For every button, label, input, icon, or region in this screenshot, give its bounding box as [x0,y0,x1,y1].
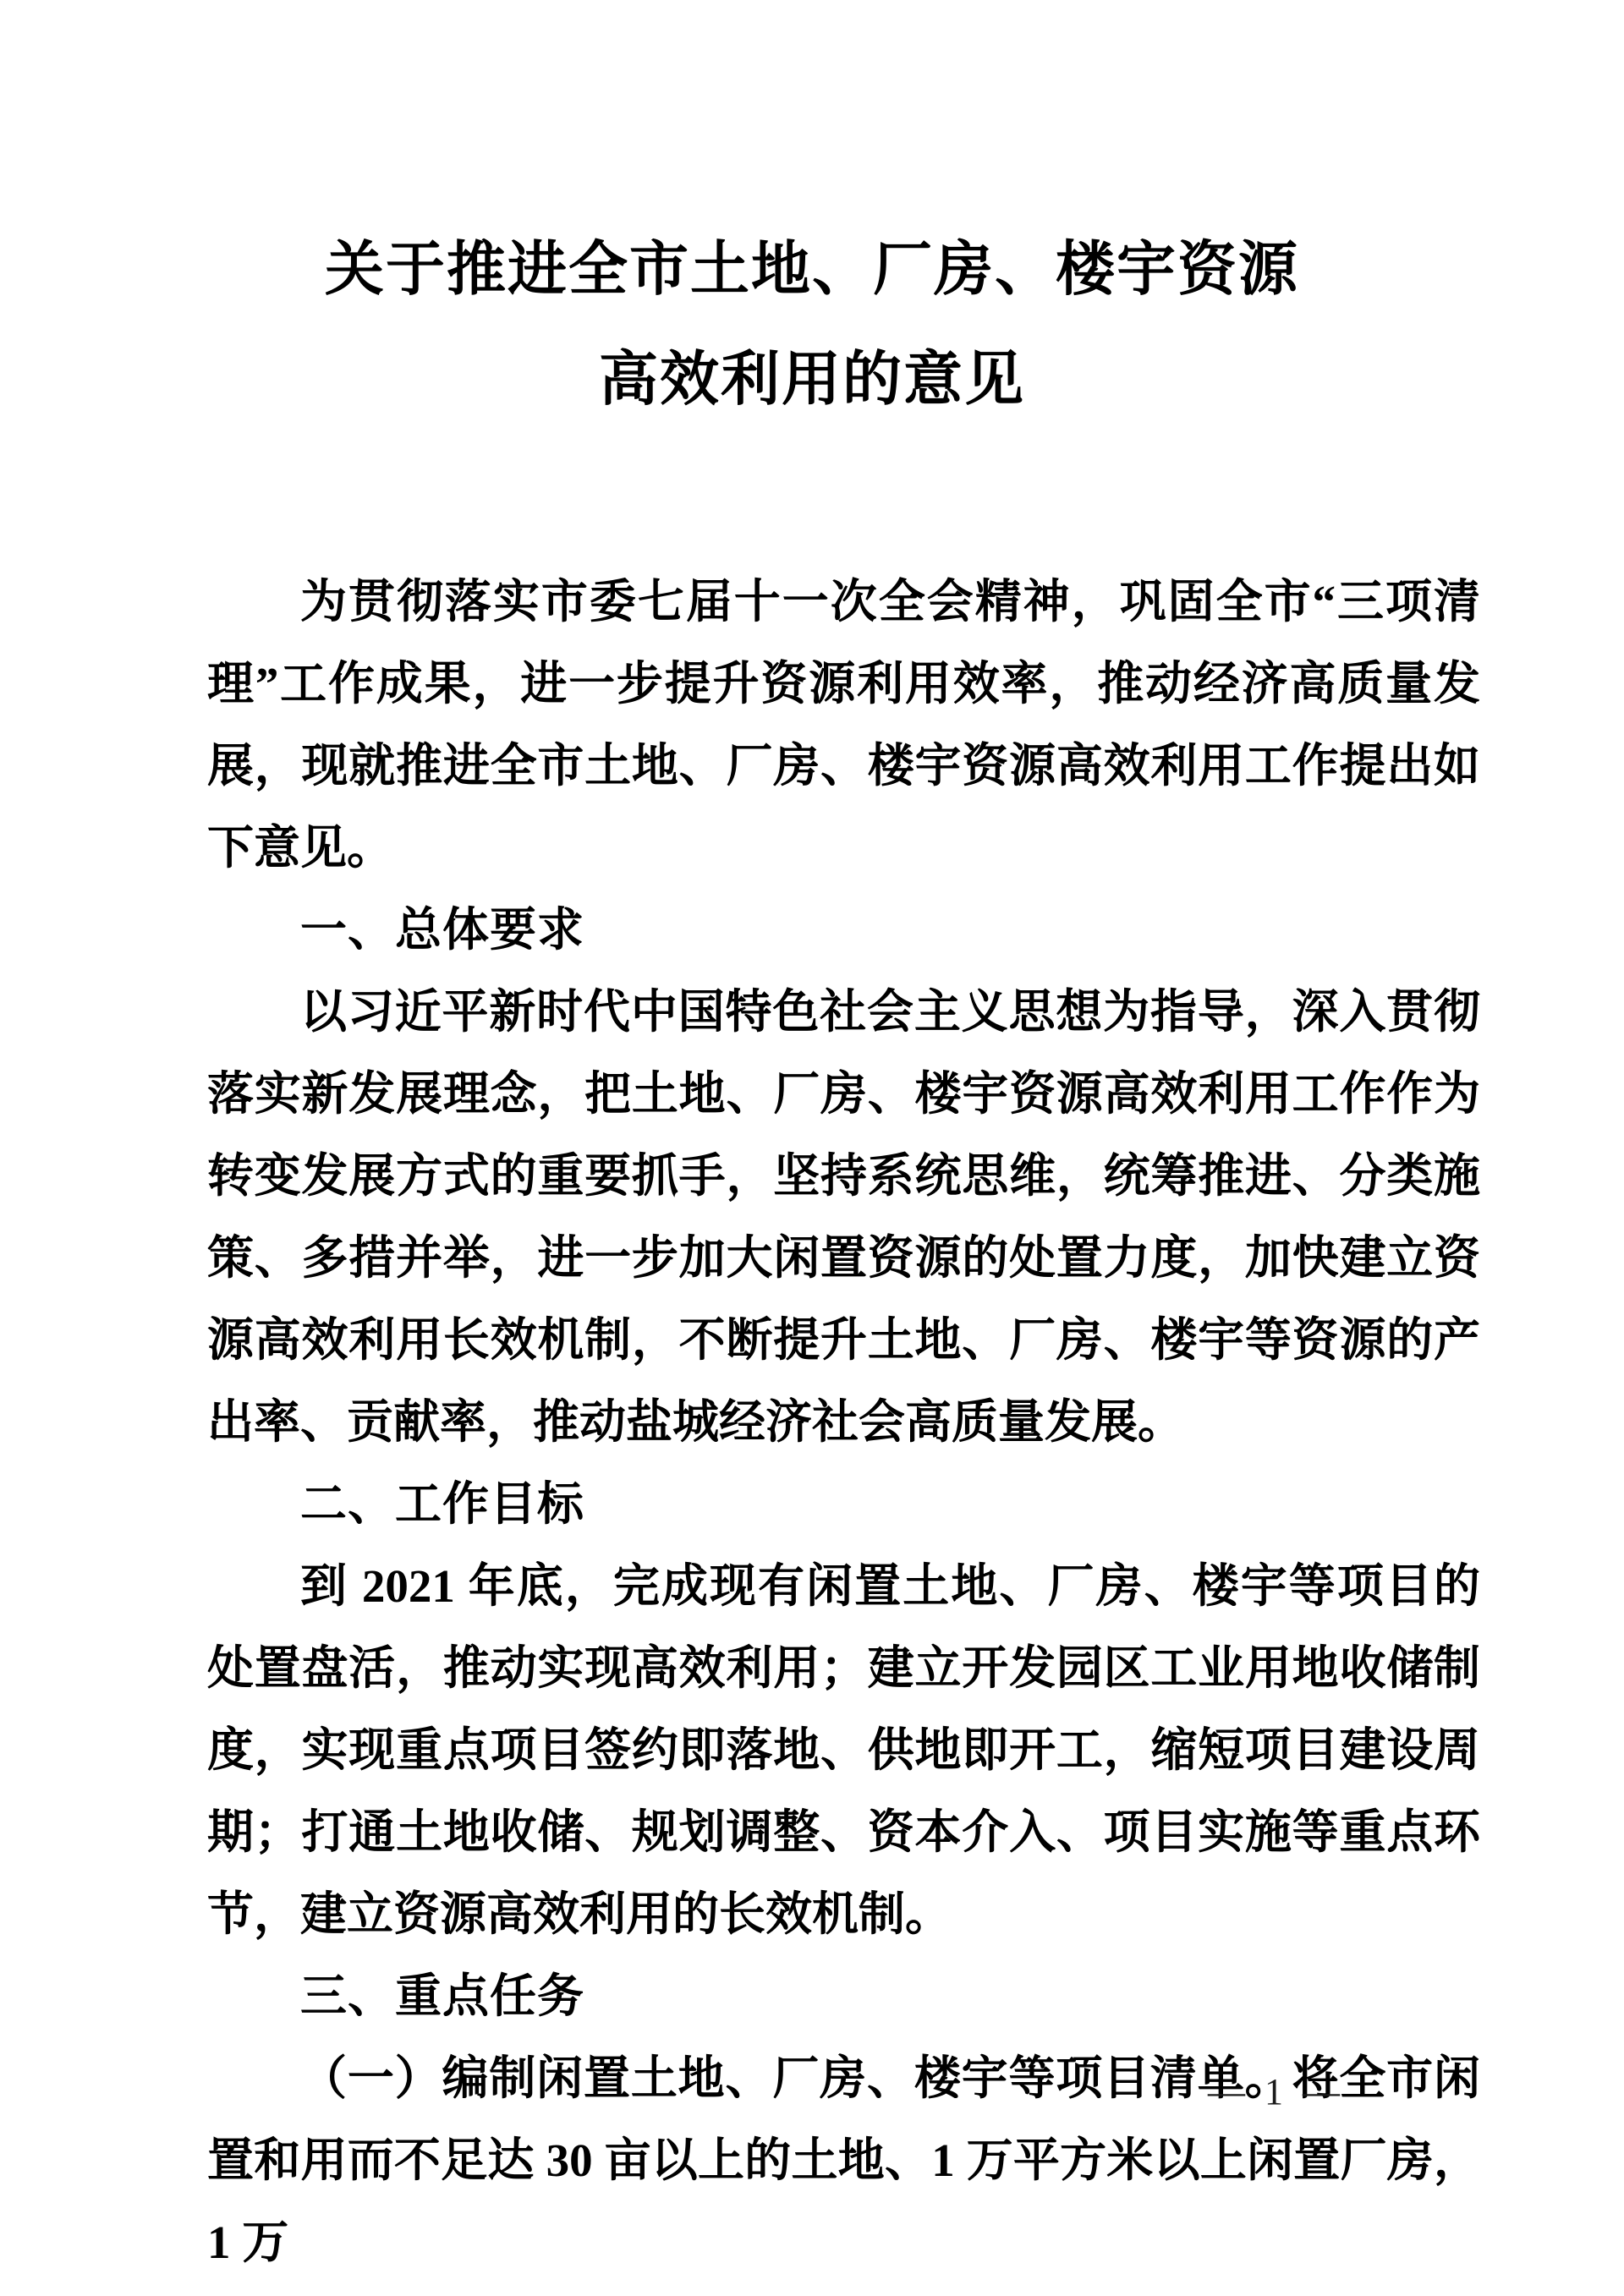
paragraph-overall-requirements: 以习近平新时代中国特色社会主义思想为指导，深入贯彻落实新发展理念，把土地、厂房、… [207,971,1480,1463]
section-heading-key-tasks: 三、重点任务 [207,1955,1480,2037]
page-number: — 1 — [1208,2070,1345,2113]
document-page: 关于推进全市土地、厂房、楼宇资源 高效利用的意见 为贯彻落实市委七届十一次全会精… [0,0,1624,2296]
section-heading-overall-requirements: 一、总体要求 [207,889,1480,971]
document-title-line-1: 关于推进全市土地、厂房、楼宇资源 [0,216,1624,326]
document-title: 关于推进全市土地、厂房、楼宇资源 高效利用的意见 [0,0,1624,436]
document-body: 为贯彻落实市委七届十一次全会精神，巩固全市“三项清理”工作成果，进一步提升资源利… [207,561,1480,2283]
paragraph-work-goals: 到 2021 年底，完成现有闲置土地、厂房、楼宇等项目的处置盘活，推动实现高效利… [207,1545,1480,1955]
paragraph-intro: 为贯彻落实市委七届十一次全会精神，巩固全市“三项清理”工作成果，进一步提升资源利… [207,561,1480,889]
section-heading-work-goals: 二、工作目标 [207,1463,1480,1545]
document-title-line-2: 高效利用的意见 [0,326,1624,436]
